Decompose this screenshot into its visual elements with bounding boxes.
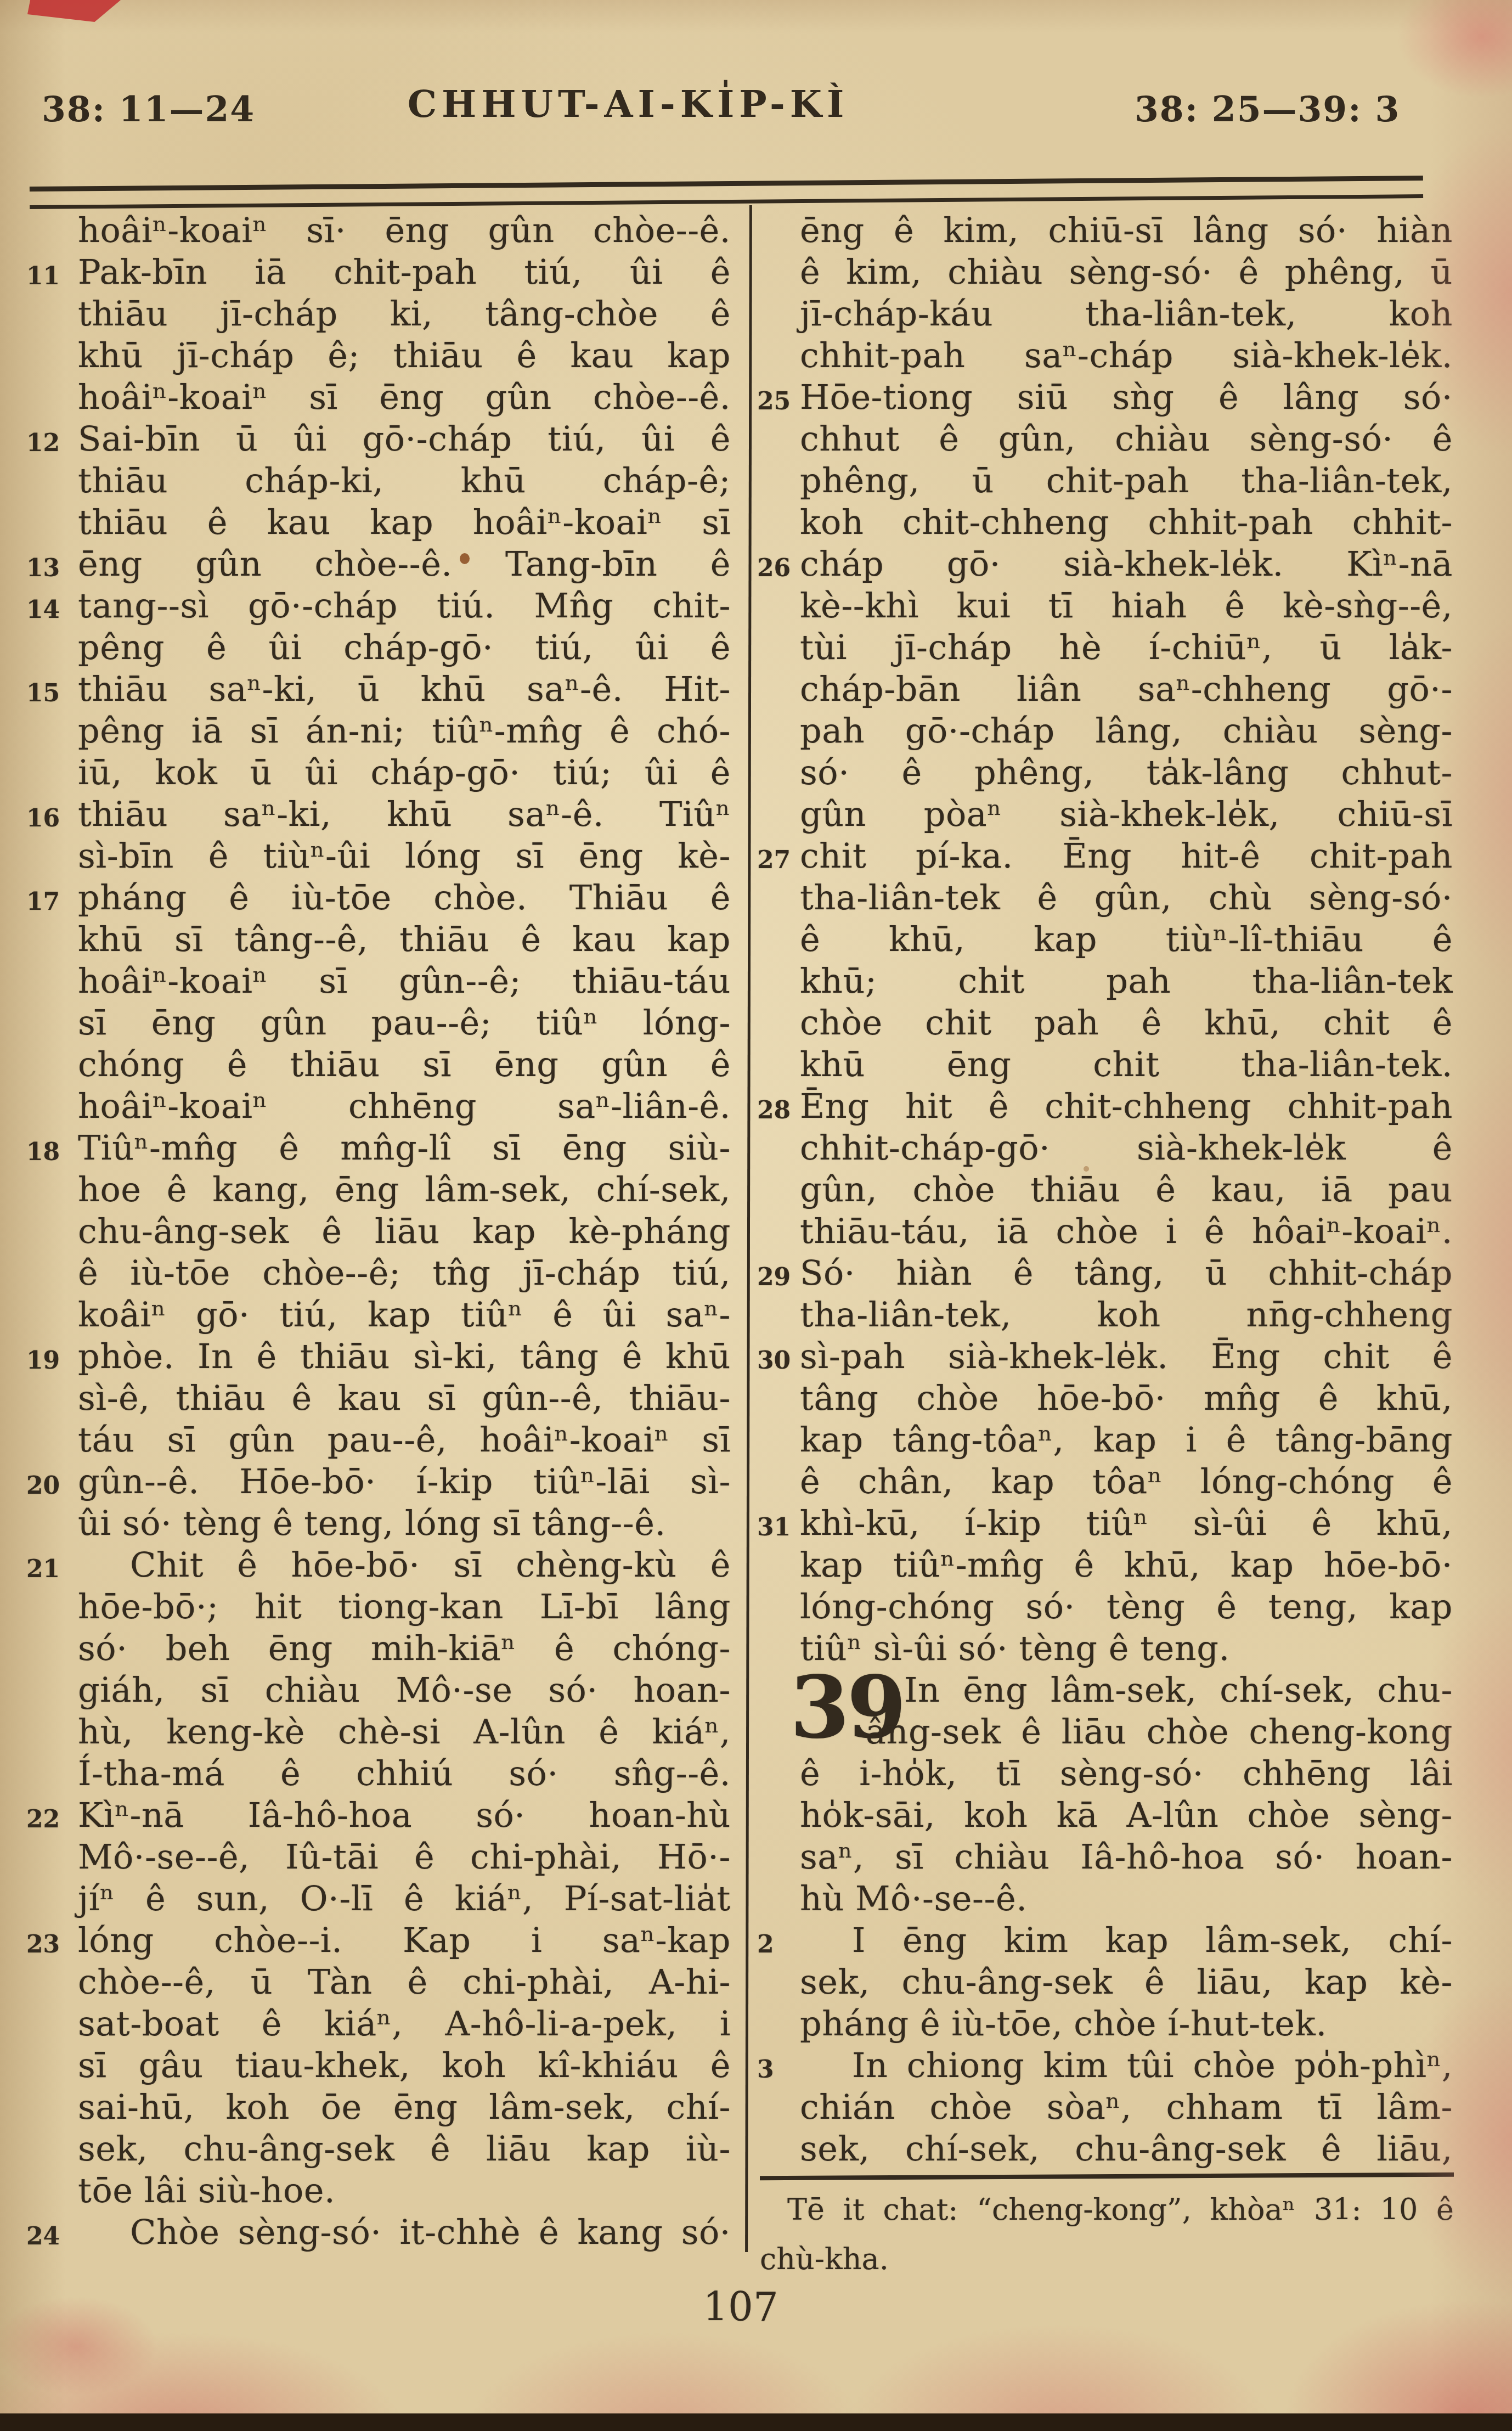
line-text: gûn pòaⁿ sià-khek-le̍k, chiū-sī (800, 794, 1453, 834)
line-text: Só· hiàn ê tâng, ū chhit-cháp (800, 1253, 1453, 1293)
line-text: hù, keng-kè chè-si A-lûn ê kiáⁿ, (78, 1712, 731, 1752)
left-column: hoâiⁿ-koaiⁿ sī· ēng gûn chòe--ê.11Pak-bī… (78, 210, 731, 2253)
text-line: Mô·-se--ê, Iû-tāi ê chi-phài, Hō·- (78, 1836, 731, 1878)
line-text: sek, chu-âng-sek ê liāu, kap kè- (800, 1962, 1453, 2002)
text-line: kap tiûⁿ-mn̂g ê khū, kap hōe-bō· (800, 1544, 1453, 1586)
line-text: ê i-ho̍k, tī sèng-só· chhēng lâi (800, 1753, 1453, 1793)
verse-number: 11 (26, 256, 60, 297)
line-text: I ēng kim kap lâm-sek, chí- (852, 1920, 1453, 1960)
text-line: chu-âng-sek ê liāu kap kè-pháng (78, 1211, 731, 1252)
text-line: chhit-pah saⁿ-cháp sià-khek-le̍k. (800, 335, 1453, 376)
line-text: tha-liân-tek, koh nn̄g-chheng (800, 1295, 1453, 1335)
text-line: khū ēng chit tha-liân-tek. (800, 1044, 1453, 1085)
text-line: thiāu ê kau kap hoâiⁿ-koaiⁿ sī (78, 502, 731, 543)
footnote: Tē it chat: “cheng-kong”, khòaⁿ 31: 10 ê… (760, 2174, 1454, 2284)
line-text: khì-kū, í-kip tiûⁿ sì-ûi ê khū, (800, 1503, 1453, 1543)
text-line: chòe--ê, ū Tàn ê chi-phài, A-hi- (78, 1961, 731, 2003)
verse-number: 3 (757, 2049, 774, 2091)
line-text: In chiong kim tûi chòe po̍h-phìⁿ, (852, 2045, 1453, 2085)
line-text: kè--khì kui tī hiah ê kè-sǹg--ê, (800, 586, 1453, 626)
text-line: jíⁿ ê sun, O·-lī ê kiáⁿ, Pí-sat-lia̍t (78, 1878, 731, 1920)
text-line: thiāu jī-cháp ki, tâng-chòe ê (78, 293, 731, 335)
text-line: pêng iā sī án-ni; tiûⁿ-mn̂g ê chó- (78, 710, 731, 752)
line-text: sì-bīn ê tiùⁿ-ûi lóng sī ēng kè- (78, 836, 731, 876)
text-line: 14tang--sì gō·-cháp tiú. Mn̂g chit- (78, 585, 731, 627)
text-line: pah gō·-cháp lâng, chiàu sèng- (800, 710, 1453, 752)
text-line: ê iù-tōe chòe--ê; tn̂g jī-cháp tiú, (78, 1252, 731, 1294)
verse-number: 29 (757, 1257, 791, 1298)
line-text: sì-ê, thiāu ê kau sī gûn--ê, thiāu- (78, 1378, 731, 1418)
text-line: só· ê phêng, ta̍k-lâng chhut- (800, 752, 1453, 794)
line-text: sai-hū, koh ōe ēng lâm-sek, chí- (78, 2087, 731, 2127)
verse-number: 13 (26, 548, 60, 589)
line-text: hōe-bō·; hit tiong-kan Lī-bī lâng (78, 1586, 731, 1627)
text-line: hù, keng-kè chè-si A-lûn ê kiáⁿ, (78, 1711, 731, 1753)
verse-number: 22 (26, 1799, 60, 1841)
line-text: sek, chí-sek, chu-âng-sek ê liāu, (800, 2129, 1453, 2169)
text-line: sek, chu-âng-sek ê liāu kap iù- (78, 2128, 731, 2170)
line-text: tùi jī-cháp hè í-chiūⁿ, ū la̍k- (800, 627, 1453, 667)
line-text: thiāu jī-cháp ki, tâng-chòe ê (78, 294, 731, 334)
line-text: jī-cháp-káu tha-liân-tek, koh (800, 294, 1453, 334)
line-text: khū jī-cháp ê; thiāu ê kau kap (78, 335, 731, 375)
text-line: 39In ēng lâm-sek, chí-sek, chu- (800, 1669, 1453, 1711)
line-text: ēng ê kim, chiū-sī lâng só· hiàn (800, 210, 1453, 250)
verse-number: 31 (757, 1507, 791, 1549)
text-line: 25Hōe-tiong siū sǹg ê lâng só· (800, 376, 1453, 418)
text-line: giáh, sī chiàu Mô·-se só· hoan- (78, 1669, 731, 1711)
line-text: chhut ê gûn, chiàu sèng-só· ê (800, 419, 1453, 459)
line-text: thiāu saⁿ-ki, ū khū saⁿ-ê. Hit- (78, 669, 731, 709)
line-text: chòe chit pah ê khū, chit ê (800, 1003, 1453, 1043)
text-line: 12Sai-bīn ū ûi gō·-cháp tiú, ûi ê (78, 418, 731, 460)
text-line: ho̍k-sāi, koh kā A-lûn chòe sèng- (800, 1794, 1453, 1836)
text-line: 20gûn--ê. Hōe-bō· í-kip tiûⁿ-lāi sì- (78, 1461, 731, 1503)
line-text: sī ēng gûn pau--ê; tiûⁿ lóng- (78, 1003, 731, 1043)
line-text: chòe--ê, ū Tàn ê chi-phài, A-hi- (78, 1962, 731, 2002)
line-text: chu-âng-sek ê liāu kap kè-pháng (78, 1211, 731, 1251)
line-text: jíⁿ ê sun, O·-lī ê kiáⁿ, Pí-sat-lia̍t (78, 1878, 731, 1918)
line-text: khū; chi̍t pah tha-liân-tek (800, 961, 1453, 1001)
text-line: gûn pòaⁿ sià-khek-le̍k, chiū-sī (800, 794, 1453, 835)
footnote-line: Tē it chat: “cheng-kong”, khòaⁿ 31: 10 ê (760, 2185, 1454, 2235)
line-text: hoâiⁿ-koaiⁿ chhēng saⁿ-liân-ê. (78, 1086, 731, 1126)
text-line: sì-bīn ê tiùⁿ-ûi lóng sī ēng kè- (78, 835, 731, 877)
line-text: tâng chòe hōe-bō· mn̂g ê khū, (800, 1378, 1453, 1418)
text-line: cháp-bān liân saⁿ-chheng gō·- (800, 668, 1453, 710)
line-text: kap tiûⁿ-mn̂g ê khū, kap hōe-bō· (800, 1545, 1453, 1585)
text-line: hoe ê kang, ēng lâm-sek, chí-sek, (78, 1169, 731, 1211)
text-line: ēng ê kim, chiū-sī lâng só· hiàn (800, 210, 1453, 251)
text-line: Í-tha-má ê chhiú só· sn̂g--ê. (78, 1753, 731, 1794)
line-text: ê kim, chiàu sèng-só· ê phêng, ū (800, 252, 1453, 292)
text-line: iū, kok ū ûi cháp-gō· tiú; ûi ê (78, 752, 731, 794)
text-line: kè--khì kui tī hiah ê kè-sǹg--ê, (800, 585, 1453, 627)
line-text: táu sī gûn pau--ê, hoâiⁿ-koaiⁿ sī (78, 1420, 731, 1460)
text-line: ê chân, kap tôaⁿ lóng-chóng ê (800, 1461, 1453, 1503)
text-line: sī gâu tiau-khek, koh kî-khiáu ê (78, 2045, 731, 2086)
verse-number: 23 (26, 1924, 60, 1966)
line-text: pêng iā sī án-ni; tiûⁿ-mn̂g ê chó- (78, 711, 731, 751)
line-text: ēng gûn chòe--ê. Tang-bīn ê (78, 544, 731, 584)
line-text: Ēng hit ê chit-chheng chhit-pah (800, 1086, 1453, 1126)
text-line: tùi jī-cháp hè í-chiūⁿ, ū la̍k- (800, 627, 1453, 668)
line-text: thiāu ê kau kap hoâiⁿ-koaiⁿ sī (78, 502, 731, 542)
verse-number: 21 (26, 1549, 60, 1590)
verse-number: 2 (757, 1924, 774, 1966)
footnote-rule (760, 2173, 1454, 2181)
text-line: 13ēng gûn chòe--ê. Tang-bīn ê (78, 543, 731, 585)
line-text: gûn, chòe thiāu ê kau, iā pau (800, 1169, 1453, 1209)
line-text: sek, chu-âng-sek ê liāu kap iù- (78, 2129, 731, 2169)
text-line: 19phòe. In ê thiāu sì-ki, tâng ê khū (78, 1336, 731, 1377)
page-number: 107 (675, 2284, 806, 2330)
text-line: kap tâng-tôaⁿ, kap i ê tâng-bāng (800, 1419, 1453, 1461)
text-line: 21Chit ê hōe-bō· sī chèng-kù ê (78, 1544, 731, 1586)
line-text: tōe lâi siù-hoe. (78, 2170, 335, 2210)
text-line: chián chòe sòaⁿ, chham tī lâm- (800, 2086, 1453, 2128)
text-line: sek, chu-âng-sek ê liāu, kap kè- (800, 1961, 1453, 2003)
text-line: jī-cháp-káu tha-liân-tek, koh (800, 293, 1453, 335)
text-line: 28Ēng hit ê chit-chheng chhit-pah (800, 1085, 1453, 1127)
line-text: chit pí-ka. Ēng hit-ê chit-pah (800, 836, 1453, 876)
verse-number: 17 (26, 881, 60, 923)
line-text: giáh, sī chiàu Mô·-se só· hoan- (78, 1670, 731, 1710)
right-column: ēng ê kim, chiū-sī lâng só· hiànê kim, c… (800, 210, 1453, 2170)
line-text: koh chit-chheng chhit-pah chhit- (800, 502, 1453, 542)
text-line: ê kim, chiàu sèng-só· ê phêng, ū (800, 251, 1453, 293)
line-text: ê iù-tōe chòe--ê; tn̂g jī-cháp tiú, (78, 1253, 731, 1293)
verse-number: 14 (26, 589, 60, 631)
text-line: thiāu-táu, iā chòe i ê hôaiⁿ-koaiⁿ. (800, 1211, 1453, 1252)
verse-number: 24 (26, 2216, 60, 2258)
line-text: khū sī tâng--ê, thiāu ê kau kap (78, 919, 731, 959)
text-line: thiāu cháp-ki, khū cháp-ê; (78, 460, 731, 502)
text-line: 2I ēng kim kap lâm-sek, chí- (800, 1920, 1453, 1961)
text-line: gûn, chòe thiāu ê kau, iā pau (800, 1169, 1453, 1211)
column-divider (745, 205, 752, 2252)
text-line: hoâiⁿ-koaiⁿ sī· ēng gûn chòe--ê. (78, 210, 731, 251)
line-text: lóng chòe--i. Kap i saⁿ-kap (78, 1920, 731, 1960)
line-text: hoâiⁿ-koaiⁿ sī· ēng gûn chòe--ê. (78, 210, 731, 250)
line-text: ûi só· tèng ê teng, lóng sī tâng--ê. (78, 1503, 666, 1543)
line-text: ê khū, kap tiùⁿ-lî-thiāu ê (800, 919, 1453, 959)
text-line: sek, chí-sek, chu-âng-sek ê liāu, (800, 2128, 1453, 2170)
text-line: 11Pak-bīn iā chit-pah tiú, ûi ê (78, 251, 731, 293)
line-text: cháp gō· sià-khek-le̍k. Kìⁿ-nā (800, 544, 1453, 584)
line-text: só· beh ēng mih-kiāⁿ ê chóng- (78, 1628, 731, 1668)
header-verse-range-right: 38: 25—39: 3 (1135, 89, 1400, 130)
text-line: lóng-chóng só· tèng ê teng, kap (800, 1586, 1453, 1628)
line-text: Kìⁿ-nā Iâ-hô-hoa só· hoan-hù (78, 1795, 731, 1835)
text-line: phêng, ū chit-pah tha-liân-tek, (800, 460, 1453, 502)
text-line: tha-liân-tek, koh nn̄g-chheng (800, 1294, 1453, 1336)
text-line: 30sì-pah sià-khek-le̍k. Ēng chit ê (800, 1336, 1453, 1377)
text-line: só· beh ēng mih-kiāⁿ ê chóng- (78, 1628, 731, 1669)
line-text: Pak-bīn iā chit-pah tiú, ûi ê (78, 252, 731, 292)
text-line: sī ēng gûn pau--ê; tiûⁿ lóng- (78, 1002, 731, 1044)
line-text: chhit-pah saⁿ-cháp sià-khek-le̍k. (800, 335, 1453, 375)
text-line: 31khì-kū, í-kip tiûⁿ sì-ûi ê khū, (800, 1503, 1453, 1544)
line-text: khū ēng chit tha-liân-tek. (800, 1044, 1453, 1084)
text-line: táu sī gûn pau--ê, hoâiⁿ-koaiⁿ sī (78, 1419, 731, 1461)
text-line: hoâiⁿ-koaiⁿ sī gûn--ê; thiāu-táu (78, 960, 731, 1002)
text-line: hù Mô·-se--ê. (800, 1878, 1453, 1920)
text-line: khū; chi̍t pah tha-liân-tek (800, 960, 1453, 1002)
line-text: Chit ê hōe-bō· sī chèng-kù ê (130, 1545, 731, 1585)
red-corner-mark (27, 0, 121, 22)
foxing-spot (1084, 1166, 1089, 1172)
line-text: ê chân, kap tôaⁿ lóng-chóng ê (800, 1461, 1453, 1501)
text-line: tōe lâi siù-hoe. (78, 2170, 731, 2211)
line-text: hù Mô·-se--ê. (800, 1878, 1027, 1918)
verse-number: 27 (757, 840, 791, 881)
line-text: chián chòe sòaⁿ, chham tī lâm- (800, 2087, 1453, 2127)
line-text: phêng, ū chit-pah tha-liân-tek, (800, 460, 1453, 500)
verse-number: 25 (757, 381, 791, 423)
text-line: tha-liân-tek ê gûn, chù sèng-só· (800, 877, 1453, 919)
text-line: pháng ê iù-tōe, chòe í-hut-tek. (800, 2003, 1453, 2045)
verse-number: 19 (26, 1340, 60, 1382)
line-text: cháp-bān liân saⁿ-chheng gō·- (800, 669, 1453, 709)
line-text: sì-pah sià-khek-le̍k. Ēng chit ê (800, 1336, 1453, 1376)
text-line: koâiⁿ gō· tiú, kap tiûⁿ ê ûi saⁿ- (78, 1294, 731, 1336)
line-text: koâiⁿ gō· tiú, kap tiûⁿ ê ûi saⁿ- (78, 1295, 731, 1335)
text-line: 3In chiong kim tûi chòe po̍h-phìⁿ, (800, 2045, 1453, 2086)
text-line: 24Chòe sèng-só· it-chhè ê kang só· (78, 2211, 731, 2253)
text-line: hōe-bō·; hit tiong-kan Lī-bī lâng (78, 1586, 731, 1628)
line-text: thiāu saⁿ-ki, khū saⁿ-ê. Tiûⁿ (78, 794, 731, 834)
line-text: Í-tha-má ê chhiú só· sn̂g--ê. (78, 1753, 731, 1793)
line-text: pêng ê ûi cháp-gō· tiú, ûi ê (78, 627, 731, 667)
line-text: Mô·-se--ê, Iû-tāi ê chi-phài, Hō·- (78, 1837, 731, 1877)
line-text: gûn--ê. Hōe-bō· í-kip tiûⁿ-lāi sì- (78, 1461, 731, 1501)
line-text: hoâiⁿ-koaiⁿ sī gûn--ê; thiāu-táu (78, 961, 731, 1001)
line-text: Hōe-tiong siū sǹg ê lâng só· (800, 377, 1453, 417)
line-text: pháng ê iù-tōe chòe. Thiāu ê (78, 877, 731, 918)
text-line: 26cháp gō· sià-khek-le̍k. Kìⁿ-nā (800, 543, 1453, 585)
header-verse-range-left: 38: 11—24 (42, 89, 255, 130)
line-text: tang--sì gō·-cháp tiú. Mn̂g chit- (78, 586, 731, 626)
line-text: iū, kok ū ûi cháp-gō· tiú; ûi ê (78, 752, 731, 792)
line-text: sat-boat ê kiáⁿ, A-hô-li-a-pek, i (78, 2004, 731, 2044)
line-text: kap tâng-tôaⁿ, kap i ê tâng-bāng (800, 1420, 1453, 1460)
line-text: só· ê phêng, ta̍k-lâng chhut- (800, 752, 1453, 792)
line-text: phòe. In ê thiāu sì-ki, tâng ê khū (78, 1336, 731, 1376)
text-line: koh chit-chheng chhit-pah chhit- (800, 502, 1453, 543)
text-line: 16thiāu saⁿ-ki, khū saⁿ-ê. Tiûⁿ (78, 794, 731, 835)
text-line: tâng chòe hōe-bō· mn̂g ê khū, (800, 1377, 1453, 1419)
text-line: pêng ê ûi cháp-gō· tiú, ûi ê (78, 627, 731, 668)
line-text: hoe ê kang, ēng lâm-sek, chí-sek, (78, 1169, 731, 1209)
text-line: chòe chit pah ê khū, chit ê (800, 1002, 1453, 1044)
line-text: âng-sek ê liāu chòe cheng-kong (866, 1712, 1453, 1752)
line-text: hoâiⁿ-koaiⁿ sī ēng gûn chòe--ê. (78, 377, 731, 417)
text-line: khū sī tâng--ê, thiāu ê kau kap (78, 919, 731, 960)
verse-number: 16 (26, 798, 60, 840)
line-text: chhit-cháp-gō· sià-khek-le̍k ê (800, 1128, 1453, 1168)
text-line: chhit-cháp-gō· sià-khek-le̍k ê (800, 1127, 1453, 1169)
text-line: sai-hū, koh ōe ēng lâm-sek, chí- (78, 2086, 731, 2128)
text-line: chóng ê thiāu sī ēng gûn ê (78, 1044, 731, 1085)
verse-number: 26 (757, 548, 791, 589)
text-line: ûi só· tèng ê teng, lóng sī tâng--ê. (78, 1503, 731, 1544)
verse-number: 15 (26, 673, 60, 714)
verse-number: 30 (757, 1340, 791, 1382)
line-text: pháng ê iù-tōe, chòe í-hut-tek. (800, 2004, 1327, 2044)
line-text: sī gâu tiau-khek, koh kî-khiáu ê (78, 2045, 731, 2085)
text-line: 17pháng ê iù-tōe chòe. Thiāu ê (78, 877, 731, 919)
text-line: chhut ê gûn, chiàu sèng-só· ê (800, 418, 1453, 460)
text-line: ê khū, kap tiùⁿ-lî-thiāu ê (800, 919, 1453, 960)
text-line: sat-boat ê kiáⁿ, A-hô-li-a-pek, i (78, 2003, 731, 2045)
text-line: 23lóng chòe--i. Kap i saⁿ-kap (78, 1920, 731, 1961)
footnote-line: chù-kha. (760, 2235, 1454, 2284)
line-text: thiāu-táu, iā chòe i ê hôaiⁿ-koaiⁿ. (800, 1211, 1453, 1251)
text-line: ê i-ho̍k, tī sèng-só· chhēng lâi (800, 1753, 1453, 1794)
text-line: 22Kìⁿ-nā Iâ-hô-hoa só· hoan-hù (78, 1794, 731, 1836)
verse-number: 20 (26, 1465, 60, 1507)
text-line: âng-sek ê liāu chòe cheng-kong (800, 1711, 1453, 1753)
foxing-spot (460, 553, 470, 564)
line-text: In ēng lâm-sek, chí-sek, chu- (904, 1670, 1453, 1710)
text-line: 18Tiûⁿ-mn̂g ê mn̂g-lî sī ēng siù- (78, 1127, 731, 1169)
text-line: 29Só· hiàn ê tâng, ū chhit-cháp (800, 1252, 1453, 1294)
text-line: 15thiāu saⁿ-ki, ū khū saⁿ-ê. Hit- (78, 668, 731, 710)
text-line: hoâiⁿ-koaiⁿ sī ēng gûn chòe--ê. (78, 376, 731, 418)
double-rule (30, 176, 1423, 209)
book-title: CHHUT-AI-KI̍P-KÌ (307, 82, 949, 126)
line-text: thiāu cháp-ki, khū cháp-ê; (78, 460, 731, 500)
text-line: hoâiⁿ-koaiⁿ chhēng saⁿ-liân-ê. (78, 1085, 731, 1127)
verse-number: 12 (26, 423, 60, 464)
text-line: saⁿ, sī chiàu Iâ-hô-hoa só· hoan- (800, 1836, 1453, 1878)
line-text: tha-liân-tek ê gûn, chù sèng-só· (800, 877, 1453, 918)
book-page: 38: 11—24 CHHUT-AI-KI̍P-KÌ 38: 25—39: 3 … (0, 0, 1512, 2431)
verse-number: 28 (757, 1090, 791, 1132)
verse-number: 18 (26, 1132, 60, 1173)
text-line: khū jī-cháp ê; thiāu ê kau kap (78, 335, 731, 376)
line-text: chóng ê thiāu sī ēng gûn ê (78, 1044, 731, 1084)
scan-bottom-edge (0, 2413, 1512, 2431)
line-text: Sai-bīn ū ûi gō·-cháp tiú, ûi ê (78, 419, 731, 459)
line-text: Chòe sèng-só· it-chhè ê kang só· (130, 2212, 731, 2252)
text-line: sì-ê, thiāu ê kau sī gûn--ê, thiāu- (78, 1377, 731, 1419)
line-text: pah gō·-cháp lâng, chiàu sèng- (800, 711, 1453, 751)
text-line: 27chit pí-ka. Ēng hit-ê chit-pah (800, 835, 1453, 877)
line-text: Tiûⁿ-mn̂g ê mn̂g-lî sī ēng siù- (78, 1128, 731, 1168)
line-text: lóng-chóng só· tèng ê teng, kap (800, 1586, 1453, 1627)
line-text: saⁿ, sī chiàu Iâ-hô-hoa só· hoan- (800, 1837, 1453, 1877)
line-text: ho̍k-sāi, koh kā A-lûn chòe sèng- (800, 1795, 1453, 1835)
